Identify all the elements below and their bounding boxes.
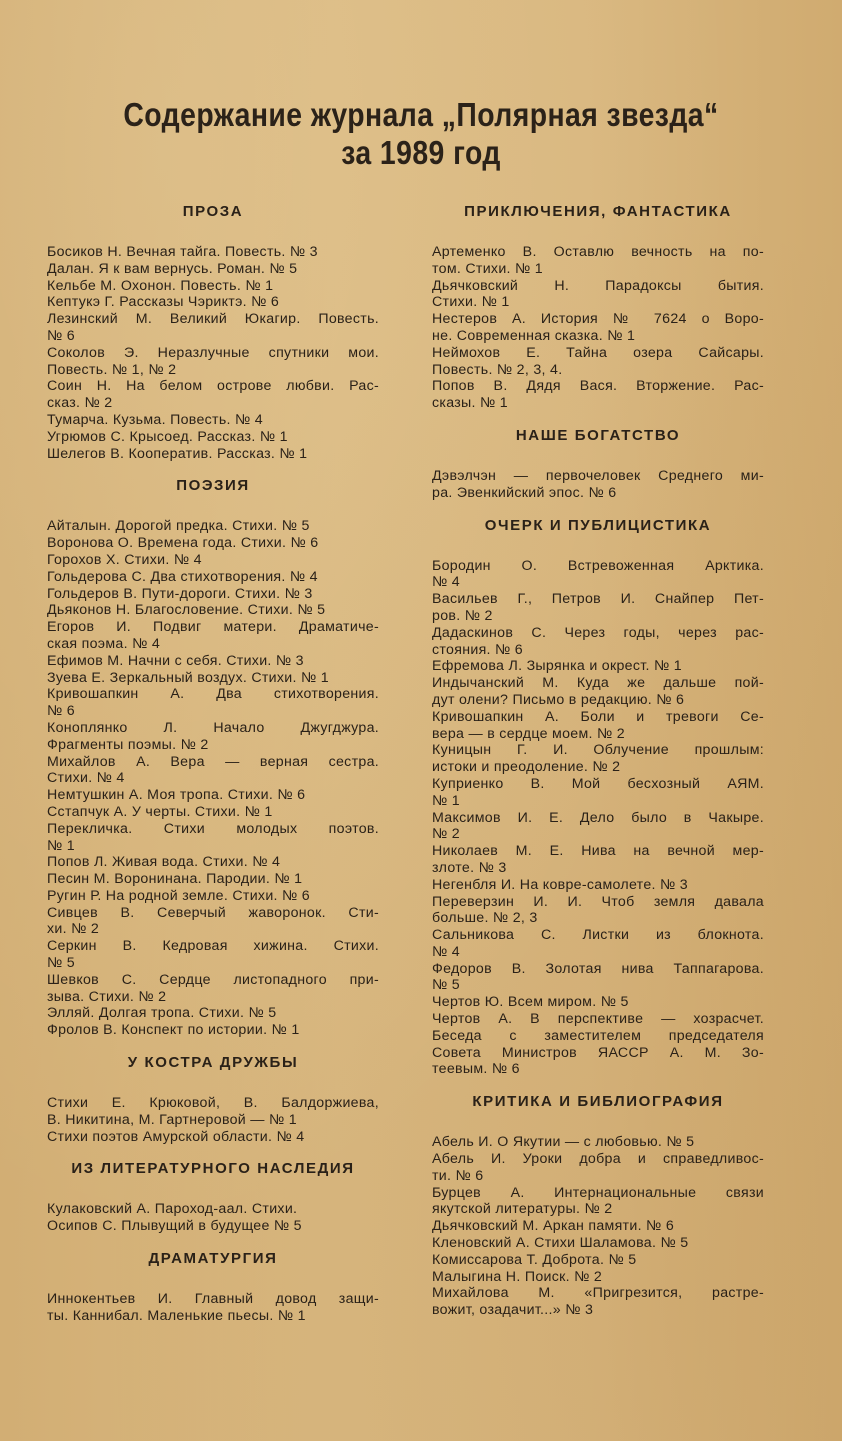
- toc-entry: Бурцев А. Интернациональные связиякутско…: [432, 1185, 764, 1219]
- entry-line: Серкин В. Кедровая хижина. Стихи.: [47, 938, 379, 955]
- entry-line: Кептукэ Г. Рассказы Чэриктэ. № 6: [47, 294, 379, 311]
- entry-line: Абель И. О Якутии — с любовью. № 5: [432, 1134, 764, 1151]
- entry-line: Стихи поэтов Амурской области. № 4: [47, 1129, 379, 1146]
- entry-line: Дьячковский Н. Парадоксы бытия.: [432, 278, 764, 295]
- toc-entry: Элляй. Долгая тропа. Стихи. № 5: [47, 1005, 379, 1022]
- entry-line: Дьяконов Н. Благословение. Стихи. № 5: [47, 602, 379, 619]
- section-heading: ИЗ ЛИТЕРАТУРНОГО НАСЛЕДИЯ: [47, 1159, 379, 1179]
- toc-entry: Зуева Е. Зеркальный воздух. Стихи. № 1: [47, 670, 379, 687]
- toc-entry: Абель И. Уроки добра и справедливос-ти. …: [432, 1151, 764, 1185]
- toc-section: У КОСТРА ДРУЖБЫСтихи Е. Крюковой, В. Бал…: [47, 1053, 379, 1145]
- toc-entry: Бородин О. Встревоженная Арктика.№ 4: [432, 558, 764, 592]
- entry-line: Кленовский А. Стихи Шаламова. № 5: [432, 1235, 764, 1252]
- toc-entry: Индычанский М. Куда же дальше пой-дут ол…: [432, 675, 764, 709]
- entry-line: № 6: [47, 703, 379, 720]
- entry-line: Михайлов А. Вера — верная сестра.: [47, 754, 379, 771]
- toc-section: КРИТИКА И БИБЛИОГРАФИЯАбель И. О Якутии …: [432, 1092, 764, 1319]
- toc-section: ИЗ ЛИТЕРАТУРНОГО НАСЛЕДИЯКулаковский А. …: [47, 1159, 379, 1235]
- entry-line: Иннокентьев И. Главный довод защи-: [47, 1291, 379, 1308]
- toc-entry: Попов В. Дядя Вася. Вторжение. Рас-сказы…: [432, 378, 764, 412]
- entry-line: ра. Эвенкийский эпос. № 6: [432, 485, 764, 502]
- title-line-1: Содержание журнала „Полярная звезда“: [59, 96, 783, 134]
- toc-entry: Ефимов М. Начни с себя. Стихи. № 3: [47, 653, 379, 670]
- entry-line: Переверзин И. И. Чтоб земля давала: [432, 894, 764, 911]
- page-title: Содержание журнала „Полярная звезда“ за …: [59, 96, 783, 172]
- toc-entry: Егоров И. Подвиг матери. Драматиче-ская …: [47, 619, 379, 653]
- entry-line: Кривошапкин А. Боли и тревоги Се-: [432, 709, 764, 726]
- entry-line: Михайлова М. «Пригрезится, растре-: [432, 1285, 764, 1302]
- entry-line: дут олени? Письмо в редакцию. № 6: [432, 692, 764, 709]
- title-line-2: за 1989 год: [59, 134, 783, 172]
- toc-entry: Дьячковский Н. Парадоксы бытия.Стихи. № …: [432, 278, 764, 312]
- entry-line: Горохов Х. Стихи. № 4: [47, 552, 379, 569]
- toc-entry: Куприенко В. Мой бесхозный АЯМ.№ 1: [432, 776, 764, 810]
- toc-section: ОЧЕРК И ПУБЛИЦИСТИКАБородин О. Встревоже…: [432, 516, 764, 1079]
- entry-line: Попов В. Дядя Вася. Вторжение. Рас-: [432, 378, 764, 395]
- entry-line: злоте. № 3: [432, 860, 764, 877]
- toc-entry: Попов Л. Живая вода. Стихи. № 4: [47, 854, 379, 871]
- section-heading: У КОСТРА ДРУЖБЫ: [47, 1053, 379, 1073]
- toc-entry: Куницын Г. И. Облучение прошлым:истоки и…: [432, 742, 764, 776]
- entry-line: Лезинский М. Великий Юкагир. Повесть.: [47, 311, 379, 328]
- entry-line: том. Стихи. № 1: [432, 261, 764, 278]
- toc-entry: Тумарча. Кузьма. Повесть. № 4: [47, 412, 379, 429]
- section-heading: ПОЭЗИЯ: [47, 476, 379, 496]
- entry-line: В. Никитина, М. Гартнеровой — № 1: [47, 1112, 379, 1129]
- entry-line: Воронова О. Времена года. Стихи. № 6: [47, 535, 379, 552]
- toc-entry: Дадаскинов С. Через годы, через рас-стоя…: [432, 625, 764, 659]
- entry-line: Дьячковский М. Аркан памяти. № 6: [432, 1218, 764, 1235]
- entry-line: Шелегов В. Кооператив. Рассказ. № 1: [47, 446, 379, 463]
- entry-line: Васильев Г., Петров И. Снайпер Пет-: [432, 591, 764, 608]
- entry-line: № 1: [432, 793, 764, 810]
- entry-line: не. Современная сказка. № 1: [432, 328, 764, 345]
- toc-entry: Кельбе М. Охонон. Повесть. № 1: [47, 278, 379, 295]
- entry-line: Егоров И. Подвиг матери. Драматиче-: [47, 619, 379, 636]
- entry-line: Повесть. № 2, 3, 4.: [432, 362, 764, 379]
- toc-entry: Стихи поэтов Амурской области. № 4: [47, 1129, 379, 1146]
- toc-entry: Абель И. О Якутии — с любовью. № 5: [432, 1134, 764, 1151]
- entry-line: ская поэма. № 4: [47, 636, 379, 653]
- toc-entry: Малыгина Н. Поиск. № 2: [432, 1269, 764, 1286]
- entry-line: истоки и преодоление. № 2: [432, 759, 764, 776]
- right-column: ПРИКЛЮЧЕНИЯ, ФАНТАСТИКААртеменко В. Оста…: [432, 198, 764, 1333]
- entry-line: Фролов В. Конспект по истории. № 1: [47, 1022, 379, 1039]
- toc-entry: Фролов В. Конспект по истории. № 1: [47, 1022, 379, 1039]
- entry-line: ров. № 2: [432, 608, 764, 625]
- toc-entry: Ругин Р. На родной земле. Стихи. № 6: [47, 888, 379, 905]
- toc-entry: Кривошапкин А. Два стихотворения.№ 6: [47, 686, 379, 720]
- entry-line: Элляй. Долгая тропа. Стихи. № 5: [47, 1005, 379, 1022]
- toc-entry: Серкин В. Кедровая хижина. Стихи.№ 5: [47, 938, 379, 972]
- toc-entry: Кептукэ Г. Рассказы Чэриктэ. № 6: [47, 294, 379, 311]
- entry-line: Стихи Е. Крюковой, В. Балдоржиева,: [47, 1095, 379, 1112]
- entry-line: Беседа с заместителем председателя: [432, 1028, 764, 1045]
- toc-entry: Николаев М. Е. Нива на вечной мер-злоте.…: [432, 843, 764, 877]
- entry-line: Федоров В. Золотая нива Таппагарова.: [432, 961, 764, 978]
- entry-line: Абель И. Уроки добра и справедливос-: [432, 1151, 764, 1168]
- entry-line: Совета Министров ЯАССР А. М. Зо-: [432, 1045, 764, 1062]
- entry-line: № 5: [432, 977, 764, 994]
- entry-line: Бурцев А. Интернациональные связи: [432, 1185, 764, 1202]
- entry-line: Фрагменты поэмы. № 2: [47, 737, 379, 754]
- entry-line: Сивцев В. Северчый жаворонок. Сти-: [47, 905, 379, 922]
- entry-line: Ефремова Л. Зырянка и окрест. № 1: [432, 658, 764, 675]
- toc-entry: Шелегов В. Кооператив. Рассказ. № 1: [47, 446, 379, 463]
- toc-section: ПОЭЗИЯАйталын. Дорогой предка. Стихи. № …: [47, 476, 379, 1039]
- entry-line: вера — в сердце моем. № 2: [432, 726, 764, 743]
- entry-line: Стихи. № 1: [432, 294, 764, 311]
- entry-line: Чертов А. В перспективе — хозрасчет.: [432, 1011, 764, 1028]
- toc-entry: Соин Н. На белом острове любви. Рас-сказ…: [47, 378, 379, 412]
- entry-line: Чертов Ю. Всем миром. № 5: [432, 994, 764, 1011]
- entry-line: ти. № 6: [432, 1168, 764, 1185]
- toc-entry: Федоров В. Золотая нива Таппагарова.№ 5: [432, 961, 764, 995]
- entry-line: Комиссарова Т. Доброта. № 5: [432, 1252, 764, 1269]
- entry-line: Коноплянко Л. Начало Джугджура.: [47, 720, 379, 737]
- toc-entry: Босиков Н. Вечная тайга. Повесть. № 3: [47, 244, 379, 261]
- entry-line: Перекличка. Стихи молодых поэтов.: [47, 821, 379, 838]
- entry-line: вожит, озадачит...» № 3: [432, 1302, 764, 1319]
- toc-entry: Иннокентьев И. Главный довод защи-ты. Ка…: [47, 1291, 379, 1325]
- entry-line: Артеменко В. Оставлю вечность на по-: [432, 244, 764, 261]
- toc-entry: Немтушкин А. Моя тропа. Стихи. № 6: [47, 787, 379, 804]
- entry-line: хи. № 2: [47, 921, 379, 938]
- entry-line: Кельбе М. Охонон. Повесть. № 1: [47, 278, 379, 295]
- entry-line: Тумарча. Кузьма. Повесть. № 4: [47, 412, 379, 429]
- toc-entry: Михайлова М. «Пригрезится, растре-вожит,…: [432, 1285, 764, 1319]
- entry-line: Дэвэлчэн — первочеловек Среднего ми-: [432, 468, 764, 485]
- entry-line: ты. Каннибал. Маленькие пьесы. № 1: [47, 1308, 379, 1325]
- toc-entry: Чертов Ю. Всем миром. № 5: [432, 994, 764, 1011]
- entry-line: Малыгина Н. Поиск. № 2: [432, 1269, 764, 1286]
- entry-line: № 1: [47, 838, 379, 855]
- toc-entry: Дэвэлчэн — первочеловек Среднего ми-ра. …: [432, 468, 764, 502]
- entry-line: якутской литературы. № 2: [432, 1201, 764, 1218]
- toc-entry: Нестеров А. История № 7624 о Воро-не. Со…: [432, 311, 764, 345]
- entry-line: Максимов И. Е. Дело было в Чакыре.: [432, 810, 764, 827]
- section-heading: ПРОЗА: [47, 202, 379, 222]
- toc-entry: Сивцев В. Северчый жаворонок. Сти-хи. № …: [47, 905, 379, 939]
- section-heading: ДРАМАТУРГИЯ: [47, 1249, 379, 1269]
- toc-entry: Переверзин И. И. Чтоб земля давалабольше…: [432, 894, 764, 928]
- entry-line: Ефимов М. Начни с себя. Стихи. № 3: [47, 653, 379, 670]
- toc-entry: Артеменко В. Оставлю вечность на по-том.…: [432, 244, 764, 278]
- toc-entry: Чертов А. В перспективе — хозрасчет.Бесе…: [432, 1011, 764, 1078]
- entry-line: зыва. Стихи. № 2: [47, 989, 379, 1006]
- entry-line: Кривошапкин А. Два стихотворения.: [47, 686, 379, 703]
- entry-line: Зуева Е. Зеркальный воздух. Стихи. № 1: [47, 670, 379, 687]
- toc-entry: Михайлов А. Вера — верная сестра.Стихи. …: [47, 754, 379, 788]
- entry-line: № 4: [432, 574, 764, 591]
- entry-line: Осипов С. Плывущий в будущее № 5: [47, 1218, 379, 1235]
- toc-section: ПРИКЛЮЧЕНИЯ, ФАНТАСТИКААртеменко В. Оста…: [432, 202, 764, 412]
- entry-line: Куприенко В. Мой бесхозный АЯМ.: [432, 776, 764, 793]
- entry-line: Айталын. Дорогой предка. Стихи. № 5: [47, 518, 379, 535]
- toc-entry: Осипов С. Плывущий в будущее № 5: [47, 1218, 379, 1235]
- toc-section: ПРОЗАБосиков Н. Вечная тайга. Повесть. №…: [47, 202, 379, 462]
- entry-line: № 5: [47, 955, 379, 972]
- entry-line: больше. № 2, 3: [432, 910, 764, 927]
- toc-entry: Васильев Г., Петров И. Снайпер Пет-ров. …: [432, 591, 764, 625]
- toc-entry: Коноплянко Л. Начало Джугджура.Фрагменты…: [47, 720, 379, 754]
- toc-entry: Горохов Х. Стихи. № 4: [47, 552, 379, 569]
- entry-line: Сстапчук А. У черты. Стихи. № 1: [47, 804, 379, 821]
- toc-entry: Айталын. Дорогой предка. Стихи. № 5: [47, 518, 379, 535]
- entry-line: Гольдеров В. Пути-дороги. Стихи. № 3: [47, 586, 379, 603]
- toc-section: НАШЕ БОГАТСТВОДэвэлчэн — первочеловек Ср…: [432, 426, 764, 502]
- entry-line: стояния. № 6: [432, 642, 764, 659]
- section-heading: КРИТИКА И БИБЛИОГРАФИЯ: [432, 1092, 764, 1112]
- toc-entry: Сальникова С. Листки из блокнота.№ 4: [432, 927, 764, 961]
- toc-entry: Лезинский М. Великий Юкагир. Повесть.№ 6: [47, 311, 379, 345]
- toc-entry: Перекличка. Стихи молодых поэтов.№ 1: [47, 821, 379, 855]
- toc-entry: Угрюмов С. Крысоед. Рассказ. № 1: [47, 429, 379, 446]
- toc-entry: Соколов Э. Неразлучные спутники мои.Пове…: [47, 345, 379, 379]
- entry-line: Бородин О. Встревоженная Арктика.: [432, 558, 764, 575]
- entry-line: Неймохов Е. Тайна озера Сайсары.: [432, 345, 764, 362]
- entry-line: Ругин Р. На родной земле. Стихи. № 6: [47, 888, 379, 905]
- entry-line: Стихи. № 4: [47, 770, 379, 787]
- toc-entry: Сстапчук А. У черты. Стихи. № 1: [47, 804, 379, 821]
- toc-entry: Кулаковский А. Пароход-аал. Стихи.: [47, 1201, 379, 1218]
- entry-line: Немтушкин А. Моя тропа. Стихи. № 6: [47, 787, 379, 804]
- entry-line: № 6: [47, 328, 379, 345]
- entry-line: Попов Л. Живая вода. Стихи. № 4: [47, 854, 379, 871]
- entry-line: Негенбля И. На ковре-самолете. № 3: [432, 877, 764, 894]
- toc-entry: Неймохов Е. Тайна озера Сайсары.Повесть.…: [432, 345, 764, 379]
- section-heading: ПРИКЛЮЧЕНИЯ, ФАНТАСТИКА: [432, 202, 764, 222]
- toc-entry: Гольдеров В. Пути-дороги. Стихи. № 3: [47, 586, 379, 603]
- left-column: ПРОЗАБосиков Н. Вечная тайга. Повесть. №…: [47, 198, 379, 1339]
- entry-line: Соин Н. На белом острове любви. Рас-: [47, 378, 379, 395]
- toc-entry: Кленовский А. Стихи Шаламова. № 5: [432, 1235, 764, 1252]
- toc-entry: Шевков С. Сердце листопадного при-зыва. …: [47, 972, 379, 1006]
- toc-entry: Ефремова Л. Зырянка и окрест. № 1: [432, 658, 764, 675]
- entry-line: № 2: [432, 826, 764, 843]
- section-heading: НАШЕ БОГАТСТВО: [432, 426, 764, 446]
- entry-line: Куницын Г. И. Облучение прошлым:: [432, 742, 764, 759]
- entry-line: Босиков Н. Вечная тайга. Повесть. № 3: [47, 244, 379, 261]
- section-heading: ОЧЕРК И ПУБЛИЦИСТИКА: [432, 516, 764, 536]
- toc-entry: Гольдерова С. Два стихотворения. № 4: [47, 569, 379, 586]
- entry-line: Угрюмов С. Крысоед. Рассказ. № 1: [47, 429, 379, 446]
- toc-entry: Далан. Я к вам вернусь. Роман. № 5: [47, 261, 379, 278]
- entry-line: сказы. № 1: [432, 395, 764, 412]
- entry-line: Нестеров А. История № 7624 о Воро-: [432, 311, 764, 328]
- entry-line: № 4: [432, 944, 764, 961]
- entry-line: Николаев М. Е. Нива на вечной мер-: [432, 843, 764, 860]
- toc-entry: Воронова О. Времена года. Стихи. № 6: [47, 535, 379, 552]
- toc-section: ДРАМАТУРГИЯИннокентьев И. Главный довод …: [47, 1249, 379, 1325]
- entry-line: Сальникова С. Листки из блокнота.: [432, 927, 764, 944]
- entry-line: сказ. № 2: [47, 395, 379, 412]
- toc-entry: Максимов И. Е. Дело было в Чакыре.№ 2: [432, 810, 764, 844]
- toc-entry: Стихи Е. Крюковой, В. Балдоржиева,В. Ник…: [47, 1095, 379, 1129]
- toc-entry: Дьячковский М. Аркан памяти. № 6: [432, 1218, 764, 1235]
- entry-line: Гольдерова С. Два стихотворения. № 4: [47, 569, 379, 586]
- entry-line: Шевков С. Сердце листопадного при-: [47, 972, 379, 989]
- toc-entry: Комиссарова Т. Доброта. № 5: [432, 1252, 764, 1269]
- entry-line: Повесть. № 1, № 2: [47, 362, 379, 379]
- entry-line: Далан. Я к вам вернусь. Роман. № 5: [47, 261, 379, 278]
- entry-line: Индычанский М. Куда же дальше пой-: [432, 675, 764, 692]
- entry-line: Песин М. Воронинана. Пародии. № 1: [47, 871, 379, 888]
- toc-entry: Кривошапкин А. Боли и тревоги Се-вера — …: [432, 709, 764, 743]
- toc-entry: Дьяконов Н. Благословение. Стихи. № 5: [47, 602, 379, 619]
- toc-entry: Негенбля И. На ковре-самолете. № 3: [432, 877, 764, 894]
- toc-entry: Песин М. Воронинана. Пародии. № 1: [47, 871, 379, 888]
- entry-line: Кулаковский А. Пароход-аал. Стихи.: [47, 1201, 379, 1218]
- entry-line: Дадаскинов С. Через годы, через рас-: [432, 625, 764, 642]
- entry-line: Соколов Э. Неразлучные спутники мои.: [47, 345, 379, 362]
- entry-line: теевым. № 6: [432, 1061, 764, 1078]
